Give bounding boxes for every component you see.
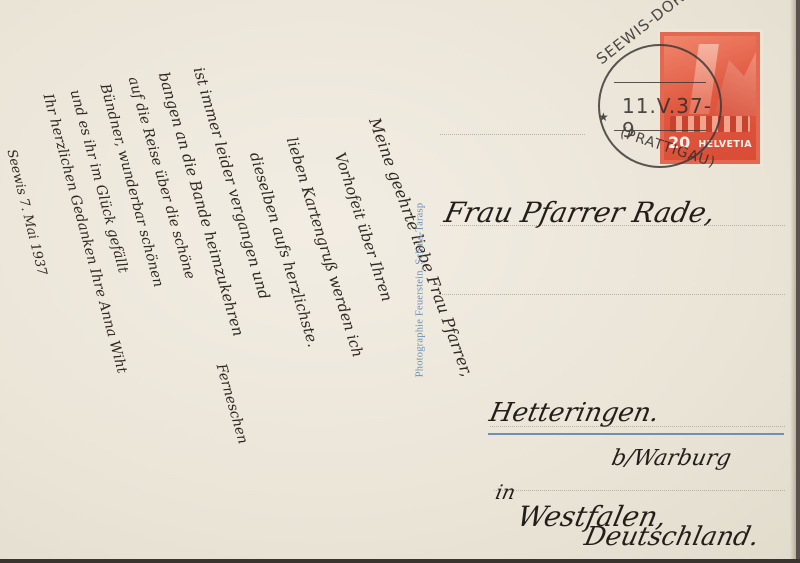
postcard-back: Meine geehrte liebe Frau Pfarrer, Vorhof…: [0, 0, 796, 560]
card-edge-right: [796, 0, 800, 563]
star-icon: ★: [598, 110, 609, 125]
address-line-3: [440, 294, 785, 295]
recipient-town: Hetteringen.: [487, 398, 662, 428]
message-line: Ferneschen: [213, 362, 251, 446]
handwritten-message: Meine geehrte liebe Frau Pfarrer, Vorhof…: [0, 0, 400, 560]
address-underline-blue: [488, 433, 784, 435]
recipient-in: in: [493, 480, 517, 504]
recipient-name: Frau Pfarrer Rade,: [441, 196, 718, 229]
recipient-country: Deutschland.: [582, 522, 762, 552]
postmark-rule-top: [614, 82, 706, 83]
recipient-near: b/Warburg: [609, 446, 733, 471]
address-line-1: [440, 134, 585, 135]
message-line: Seewis 7. Mai 1937: [3, 148, 49, 277]
card-edge-bottom: [0, 559, 800, 563]
photographer-caption: Photographie Feuerstein, Schuls-Tarasp: [415, 203, 426, 378]
address-line-5: [494, 490, 785, 491]
postmark: SEEWIS-DORF 11.V.37-9 (PRATTIGAU) ★: [598, 44, 722, 168]
